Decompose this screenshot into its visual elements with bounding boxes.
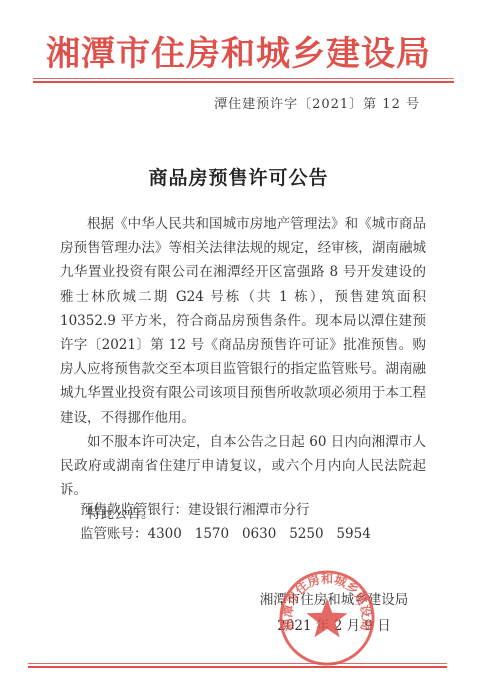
supervision-account-row: 监管账号：4300 1570 0630 5250 5954 [80,522,371,546]
signature-block: 湘潭市住房和城乡建设局 2021 年 2 月 9 日 [244,587,424,639]
supervision-bank-row: 预售款监管银行：建设银行湘潭市分行 [80,498,371,522]
signature-agency: 湘潭市住房和城乡建设局 [244,587,424,613]
document-title: 商品房预售许可公告 [0,163,477,190]
supervision-info: 预售款监管银行：建设银行湘潭市分行 监管账号：4300 1570 0630 52… [80,498,371,546]
signature-date: 2021 年 2 月 9 日 [244,613,424,639]
bank-value: 建设银行湘潭市分行 [188,502,310,518]
body-paragraph-appeal: 如不服本许可决定，自本公告之日起 60 日内向湘潭市人民政府或湖南省住建厅申请复… [60,430,426,503]
masthead-divider [33,78,454,83]
footer-divider [28,663,447,668]
masthead-agency-name: 湘潭市住房和城乡建设局 [0,34,477,74]
bank-label: 预售款监管银行： [80,502,188,518]
document-number: 潭住建预许字〔2021〕第 12 号 [214,93,420,112]
account-value: 4300 1570 0630 5250 5954 [148,526,371,542]
document-body: 根据《中华人民共和国城市房地产管理法》和《城市商品房预售管理办法》等相关法律法规… [60,212,426,527]
body-paragraph-main: 根据《中华人民共和国城市房地产管理法》和《城市商品房预售管理办法》等相关法律法规… [60,212,426,430]
account-label: 监管账号： [80,526,148,542]
